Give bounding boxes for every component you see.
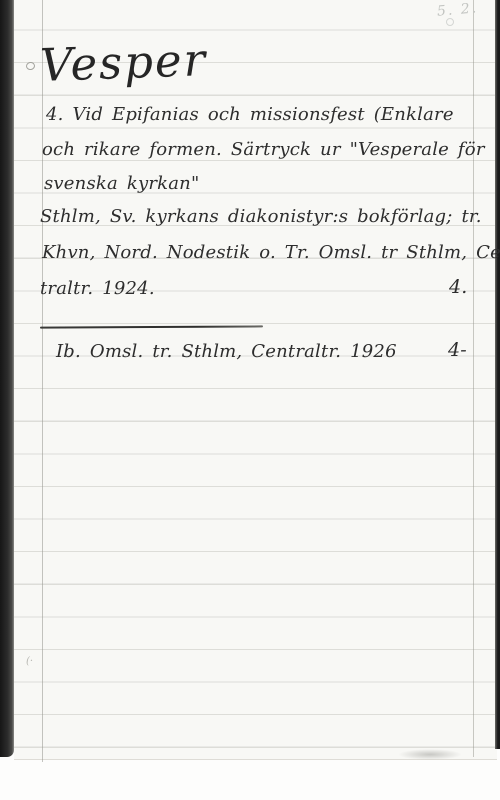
entry1-line-2: och rikare formen. Särtryck ur "Vesperal… [42,139,485,160]
entry1-line-4: Sthlm, Sv. kyrkans diakonistyr:s bokförl… [40,206,482,227]
entry1-line-6: traltr. 1924. [40,278,155,299]
entry1-line-3: svenska kyrkan" [44,173,199,194]
scan-edge-left [0,0,14,757]
entry1-line-5: Khvn, Nord. Nodestik o. Tr. Omsl. tr Sth… [42,242,500,263]
entry1-price: 4. [449,276,468,298]
left-margin-ruling [42,0,43,762]
scan-edge-right [495,0,500,749]
right-margin-ruling [473,0,474,757]
card-bottom-smudge [398,749,462,760]
entry1-line-1: 4. Vid Epifanias och missionsfest (Enkla… [46,104,454,125]
stray-pencil-mark: (· [26,656,33,667]
entry2-line-1: Ib. Omsl. tr. Sthlm, Centraltr. 1926 [56,341,397,362]
scanned-catalog-card-page: 5. 2. Vesper 4. Vid Epifanias och missio… [0,0,500,800]
entry2-price: 4- [448,339,467,361]
card-title: Vesper [39,33,208,92]
pencil-circle-mark [446,18,454,26]
